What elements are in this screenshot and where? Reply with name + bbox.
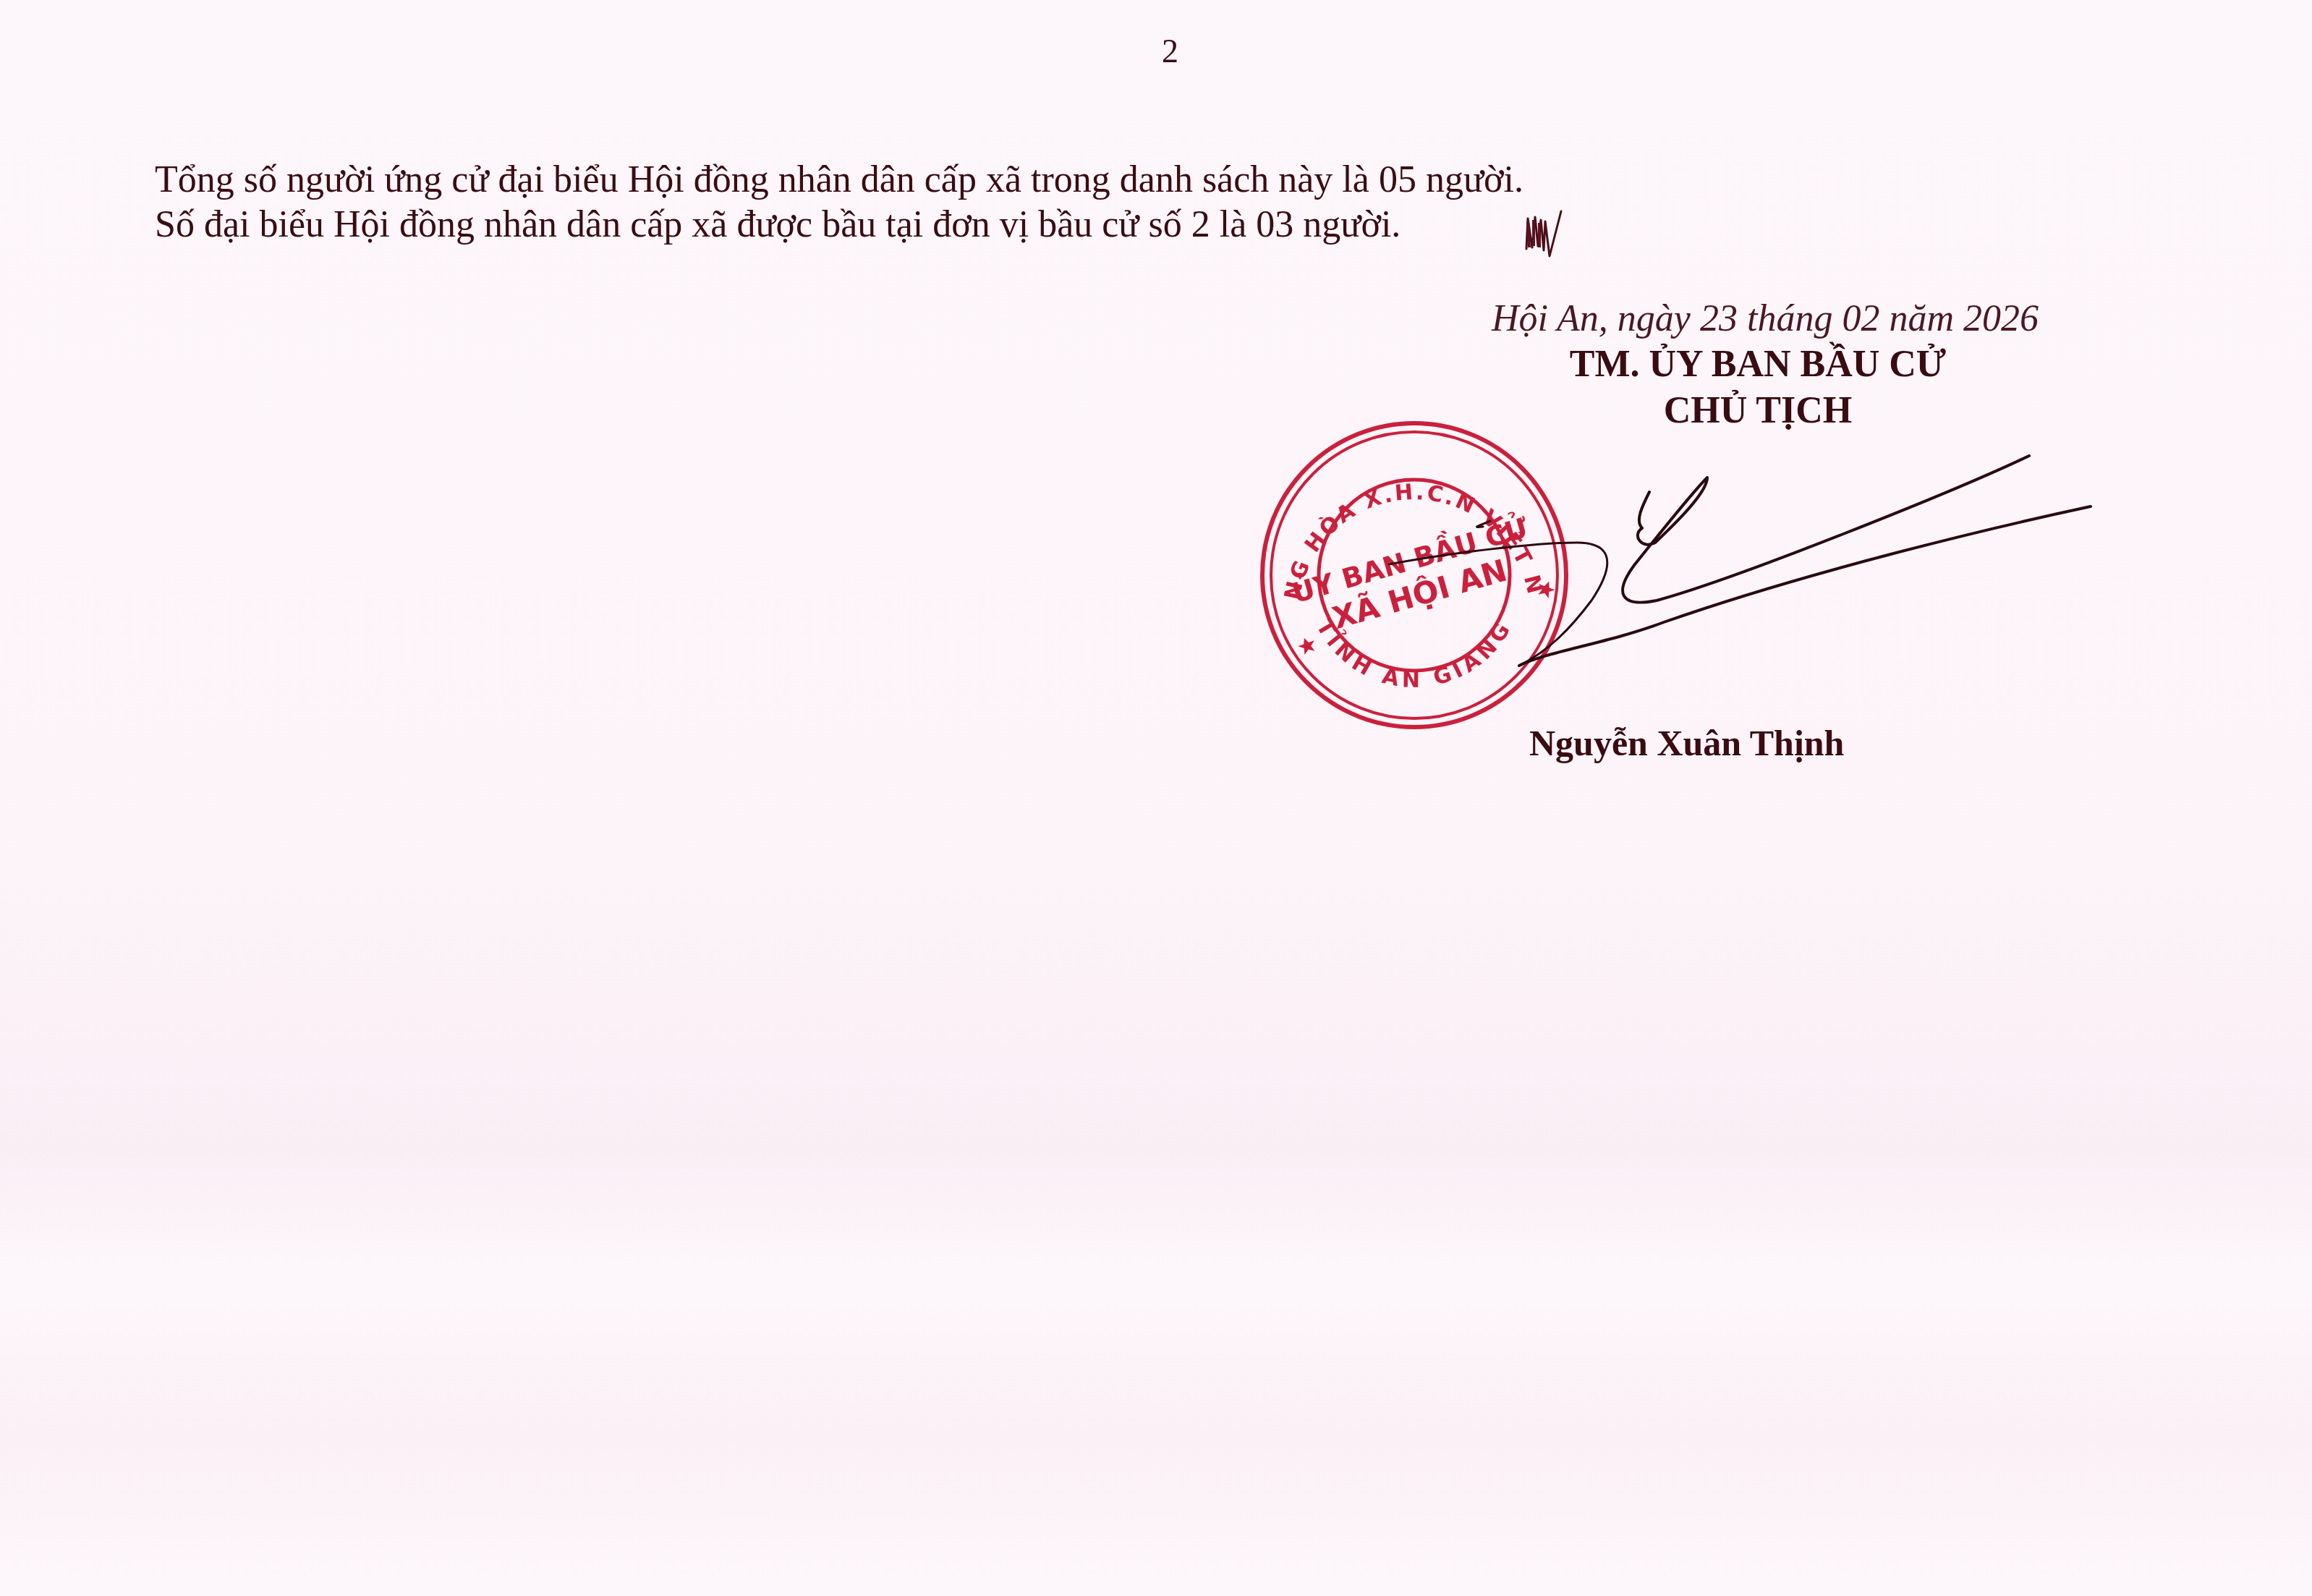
delegate-count-line: Số đại biểu Hội đồng nhân dân cấp xã đượ…	[155, 203, 1523, 247]
body-text: Tổng số người ứng cử đại biểu Hội đồng n…	[155, 158, 1523, 247]
org-title: TM. ỦY BAN BẦU CỬ	[1418, 341, 2098, 388]
official-seal-icon: CỘNG HÒA X.H.C.N VIỆT NAM TỈNH AN GIANG …	[1255, 416, 1573, 734]
signer-name: Nguyễn Xuân Thịnh	[1529, 722, 1844, 764]
place-date: Hội An, ngày 23 tháng 02 năm 2026	[1432, 297, 2098, 341]
initials-mark-icon	[1523, 204, 1581, 262]
page-number: 2	[1162, 32, 1178, 70]
candidate-total-line: Tổng số người ứng cử đại biểu Hội đồng n…	[155, 158, 1523, 203]
signature-block: Hội An, ngày 23 tháng 02 năm 2026 TM. ỦY…	[1374, 297, 2098, 434]
